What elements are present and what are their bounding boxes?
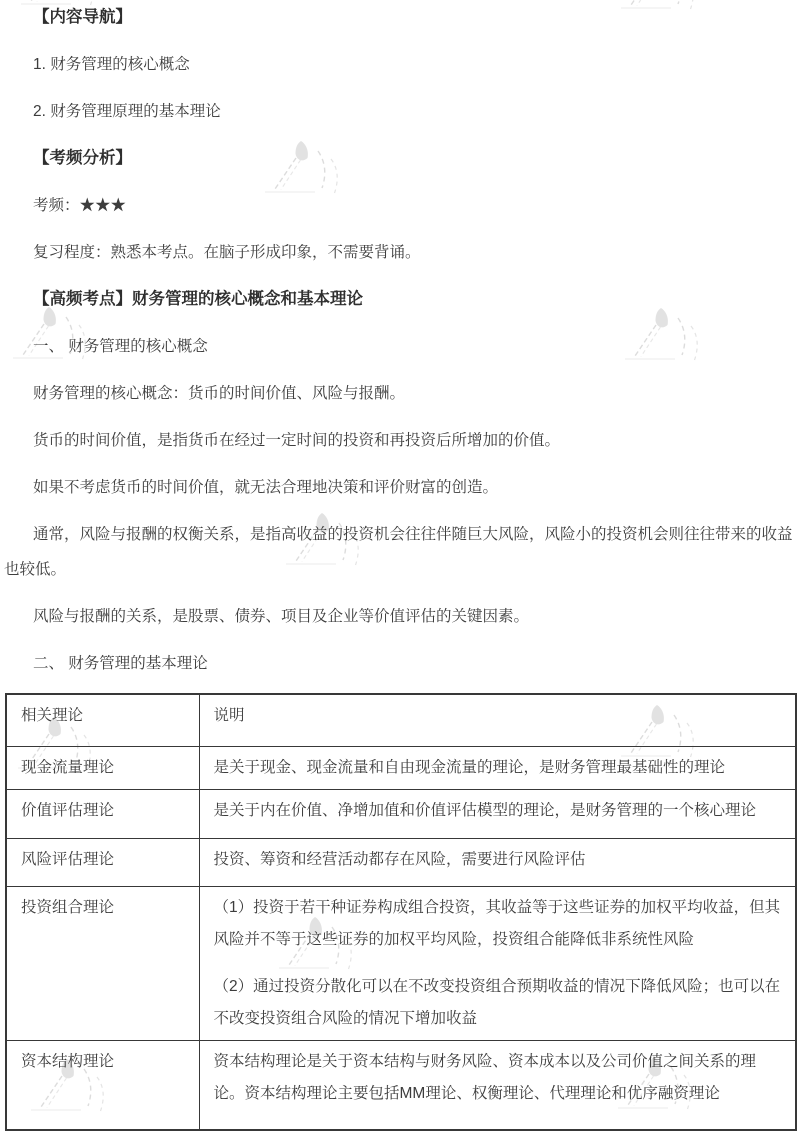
freq-heading: 【考频分析】 bbox=[4, 141, 796, 176]
theory-table: 相关理论 说明 现金流量理论 是关于现金、现金流量和自由现金流量的理论，是财务管… bbox=[5, 693, 797, 1131]
body-paragraph: 风险与报酬的关系，是股票、债券、项目及企业等价值评估的关键因素。 bbox=[4, 599, 796, 634]
table-header-cell: 相关理论 bbox=[6, 694, 199, 746]
body-paragraph: 财务管理的核心概念：货币的时间价值、风险与报酬。 bbox=[4, 376, 796, 411]
nav-item: 1. 财务管理的核心概念 bbox=[4, 47, 796, 82]
theory-desc-cell: 资本结构理论是关于资本结构与财务风险、资本成本以及公司价值之间关系的理论。资本结… bbox=[199, 1040, 796, 1130]
review-note: 复习程度：熟悉本考点。在脑子形成印象，不需要背诵。 bbox=[4, 235, 796, 270]
table-row: 现金流量理论 是关于现金、现金流量和自由现金流量的理论，是财务管理最基础性的理论 bbox=[6, 746, 796, 789]
header-label: 说明 bbox=[214, 700, 782, 732]
theory-name-cell: 现金流量理论 bbox=[6, 746, 199, 789]
theory-desc: （1）投资于若干种证券构成组合投资，其收益等于这些证券的加权平均收益，但其风险并… bbox=[214, 892, 782, 956]
theory-desc: 是关于现金、现金流量和自由现金流量的理论，是财务管理最基础性的理论 bbox=[214, 752, 782, 784]
body-paragraph: 如果不考虑货币的时间价值，就无法合理地决策和评价财富的创造。 bbox=[4, 470, 796, 505]
table-row: 资本结构理论 资本结构理论是关于资本结构与财务风险、资本成本以及公司价值之间关系… bbox=[6, 1040, 796, 1130]
theory-name: 现金流量理论 bbox=[21, 752, 185, 784]
table-row: 风险评估理论 投资、筹资和经营活动都存在风险，需要进行风险评估 bbox=[6, 838, 796, 886]
table-row: 价值评估理论 是关于内在价值、净增加值和价值评估模型的理论，是财务管理的一个核心… bbox=[6, 789, 796, 838]
theory-desc-cell: 投资、筹资和经营活动都存在风险，需要进行风险评估 bbox=[199, 838, 796, 886]
theory-name: 价值评估理论 bbox=[21, 795, 185, 827]
theory-name: 投资组合理论 bbox=[21, 892, 185, 924]
theory-desc-cell: 是关于内在价值、净增加值和价值评估模型的理论，是财务管理的一个核心理论 bbox=[199, 789, 796, 838]
theory-desc-cell: （1）投资于若干种证券构成组合投资，其收益等于这些证券的加权平均收益，但其风险并… bbox=[199, 886, 796, 1040]
table-header-row: 相关理论 说明 bbox=[6, 694, 796, 746]
nav-item: 2. 财务管理原理的基本理论 bbox=[4, 94, 796, 129]
document-body: 【内容导航】 1. 财务管理的核心概念 2. 财务管理原理的基本理论 【考频分析… bbox=[0, 0, 809, 1131]
section-title: 一、 财务管理的核心概念 bbox=[4, 329, 796, 364]
theory-name: 风险评估理论 bbox=[21, 844, 185, 876]
study-notes-page: 【内容导航】 1. 财务管理的核心概念 2. 财务管理原理的基本理论 【考频分析… bbox=[0, 0, 809, 1146]
freq-rating: 考频：★★★ bbox=[4, 188, 796, 223]
theory-desc: 资本结构理论是关于资本结构与财务风险、资本成本以及公司价值之间关系的理论。资本结… bbox=[214, 1046, 782, 1110]
section-title: 二、 财务管理的基本理论 bbox=[4, 646, 796, 681]
theory-desc: （2）通过投资分散化可以在不改变投资组合预期收益的情况下降低风险；也可以在不改变… bbox=[214, 971, 782, 1035]
body-paragraph: 通常，风险与报酬的权衡关系，是指高收益的投资机会往往伴随巨大风险，风险小的投资机… bbox=[4, 517, 796, 587]
header-label: 相关理论 bbox=[21, 700, 185, 732]
theory-desc: 是关于内在价值、净增加值和价值评估模型的理论，是财务管理的一个核心理论 bbox=[214, 795, 782, 827]
theory-desc: 投资、筹资和经营活动都存在风险，需要进行风险评估 bbox=[214, 844, 782, 876]
nav-heading: 【内容导航】 bbox=[4, 0, 796, 35]
table-row: 投资组合理论 （1）投资于若干种证券构成组合投资，其收益等于这些证券的加权平均收… bbox=[6, 886, 796, 1040]
theory-name: 资本结构理论 bbox=[21, 1046, 185, 1078]
theory-name-cell: 风险评估理论 bbox=[6, 838, 199, 886]
theory-name-cell: 价值评估理论 bbox=[6, 789, 199, 838]
hot-topic-heading: 【高频考点】财务管理的核心概念和基本理论 bbox=[4, 282, 796, 317]
theory-desc-cell: 是关于现金、现金流量和自由现金流量的理论，是财务管理最基础性的理论 bbox=[199, 746, 796, 789]
theory-name-cell: 资本结构理论 bbox=[6, 1040, 199, 1130]
theory-name-cell: 投资组合理论 bbox=[6, 886, 199, 1040]
table-header-cell: 说明 bbox=[199, 694, 796, 746]
body-paragraph: 货币的时间价值，是指货币在经过一定时间的投资和再投资后所增加的价值。 bbox=[4, 423, 796, 458]
